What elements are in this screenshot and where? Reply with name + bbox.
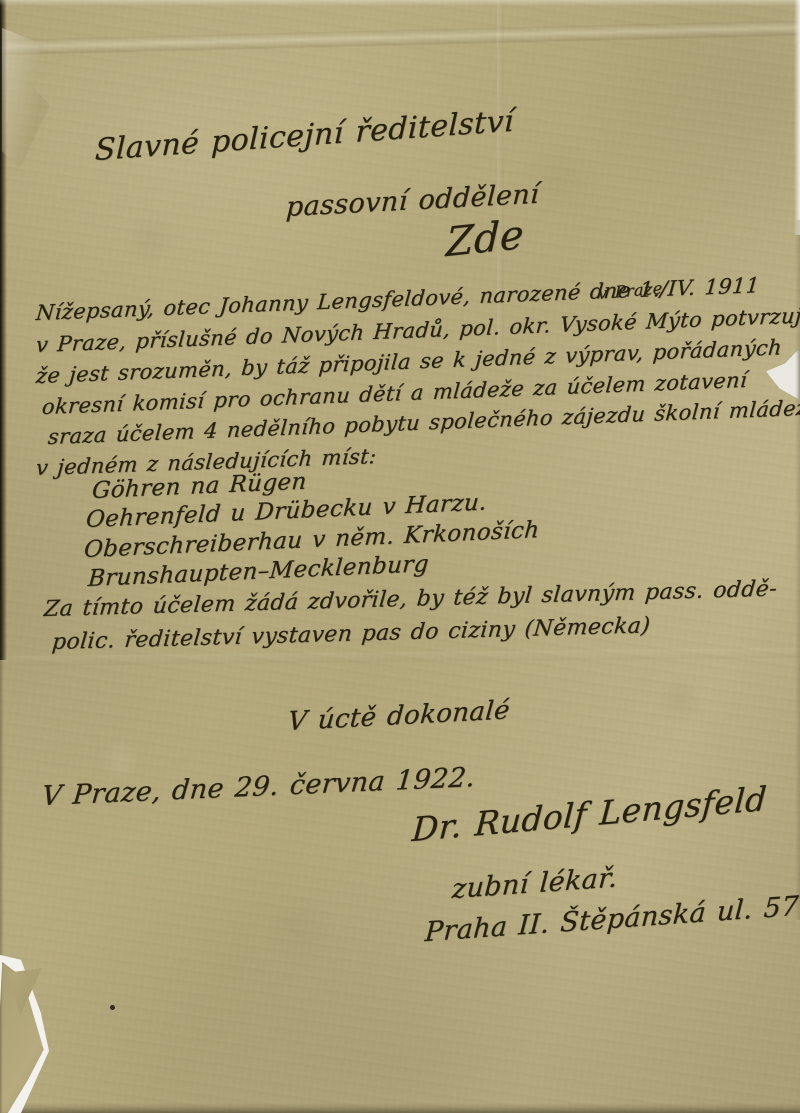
paper-edge-right: [794, 0, 800, 235]
letter-scan: Slavné policejní ředitelství passovní od…: [0, 0, 800, 1113]
paper-edge-bottom: [0, 1103, 800, 1113]
recipient-line-3: Zde: [445, 212, 524, 267]
paper-edge-left-lower: [0, 600, 4, 960]
paper-hole: [110, 1005, 115, 1010]
paper-edge-top: [0, 0, 800, 6]
